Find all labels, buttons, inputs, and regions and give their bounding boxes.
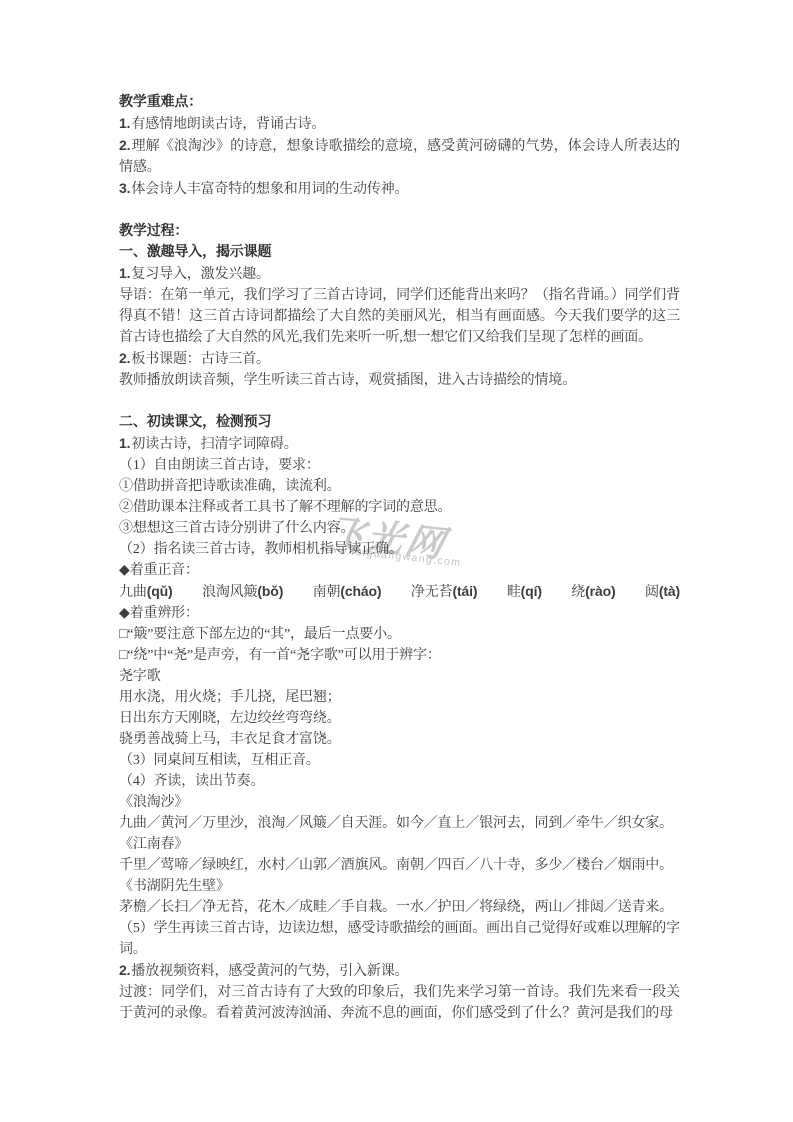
phonetic-entry: 南朝(cháo) (313, 581, 382, 603)
heading-line: 二、初读课文，检测预习 (119, 412, 680, 433)
phonetic-entry: 绕(rào) (571, 581, 615, 603)
text-line: 九曲／黄河／万里沙，浪淘／风簸／自天涯。如今／直上／银河去，同到／牵牛／织女家。 (119, 813, 680, 834)
text-line: ②借助课本注释或者工具书了解不理解的字词的意思。 (119, 497, 680, 518)
phonetic-entry: 畦(qí) (507, 581, 542, 603)
list-number: 1. (119, 435, 130, 451)
text-line: （2）指名读三首古诗，教师相机指导读正确。 (119, 539, 680, 560)
list-number: 1. (119, 265, 130, 281)
text-line: （1）自由朗读三首古诗，要求： (119, 455, 680, 476)
text-line: 《江南春》 (119, 834, 680, 855)
text-line: 日出东方天刚晓，左边绞丝弯弯绕。 (119, 708, 680, 729)
phonetics-line: 九曲(qǔ)浪淘风簸(bǒ)南朝(cháo)净无苔(tái)畦(qí)绕(rào… (119, 581, 680, 603)
blank-line (119, 200, 680, 221)
numbered-line: 2.理解《浪淘沙》的诗意，想象诗歌描绘的意境，感受黄河磅礴的气势，体会诗人所表达… (119, 135, 680, 178)
text-line: （5）学生再读三首古诗，边读边想，感受诗歌描绘的画面。画出自己觉得好或难以理解的… (119, 918, 680, 960)
numbered-line: 3.体会诗人丰富奇特的想象和用词的生动传神。 (119, 178, 680, 200)
heading-line: 一、激趣导入，揭示课题 (119, 242, 680, 263)
heading-line: 教学过程： (119, 221, 680, 242)
list-number: 1. (119, 115, 130, 131)
text-line: （4）齐读，读出节奏。 (119, 771, 680, 792)
list-number: 2. (119, 350, 130, 366)
text-line: ①借助拼音把诗歌读准确，读流利。 (119, 476, 680, 497)
phonetic-entry: 净无苔(tái) (411, 581, 477, 603)
document-page: 飞光网 www.feiguangwang.com 教学重难点：1.有感情地朗读古… (0, 0, 793, 1122)
document-content: 教学重难点：1.有感情地朗读古诗，背诵古诗。2.理解《浪淘沙》的诗意，想象诗歌描… (119, 92, 680, 1024)
text-line: ◆着重正音： (119, 560, 680, 581)
text-line: 千里／莺啼／绿映红，水村／山郭／酒旗风。南朝／四百／八十寺，多少／楼台／烟雨中。 (119, 855, 680, 876)
text-line: 《浪淘沙》 (119, 792, 680, 813)
numbered-line: 1.有感情地朗读古诗，背诵古诗。 (119, 113, 680, 135)
heading-line: 教学重难点： (119, 92, 680, 113)
text-line: 骁勇善战骑上马，丰衣足食才富饶。 (119, 729, 680, 750)
numbered-line: 2.板书课题：古诗三首。 (119, 348, 680, 370)
phonetic-entry: 闼(tà) (645, 581, 680, 603)
text-line: ③想想这三首古诗分别讲了什么内容。 (119, 518, 680, 539)
numbered-line: 1.初读古诗，扫清字词障碍。 (119, 433, 680, 455)
text-line: ◆着重辨形： (119, 603, 680, 624)
text-line: 教师播放朗读音频，学生听读三首古诗，观赏插图，进入古诗描绘的情境。 (119, 370, 680, 391)
text-line: □“绕”中“尧”是声旁，有一首“尧字歌”可以用于辨字： (119, 645, 680, 666)
list-number: 2. (119, 137, 130, 153)
phonetic-entry: 九曲(qǔ) (119, 581, 173, 603)
text-line: □“簸”要注意下部左边的“其”，最后一点要小。 (119, 624, 680, 645)
numbered-line: 2.播放视频资料，感受黄河的气势，引入新课。 (119, 960, 680, 982)
text-line: 尧字歌 (119, 666, 680, 687)
text-line: 导语：在第一单元，我们学习了三首古诗词，同学们还能背出来吗？（指名背诵。）同学们… (119, 285, 680, 348)
list-number: 3. (119, 180, 130, 196)
text-line: 过渡：同学们，对三首古诗有了大致的印象后，我们先来学习第一首诗。我们先来看一段关… (119, 982, 680, 1024)
text-line: 茅檐／长扫／净无苔，花木／成畦／手自栽。一水／护田／将绿绕，两山／排闼／送青来。 (119, 897, 680, 918)
text-line: 用水浇，用火烧；手儿挠，尾巴翘； (119, 687, 680, 708)
list-number: 2. (119, 962, 130, 978)
numbered-line: 1.复习导入，激发兴趣。 (119, 263, 680, 285)
text-line: （3）同桌间互相读，互相正音。 (119, 750, 680, 771)
text-line: 《书湖阴先生壁》 (119, 876, 680, 897)
phonetic-entry: 浪淘风簸(bǒ) (202, 581, 283, 603)
blank-line (119, 391, 680, 412)
